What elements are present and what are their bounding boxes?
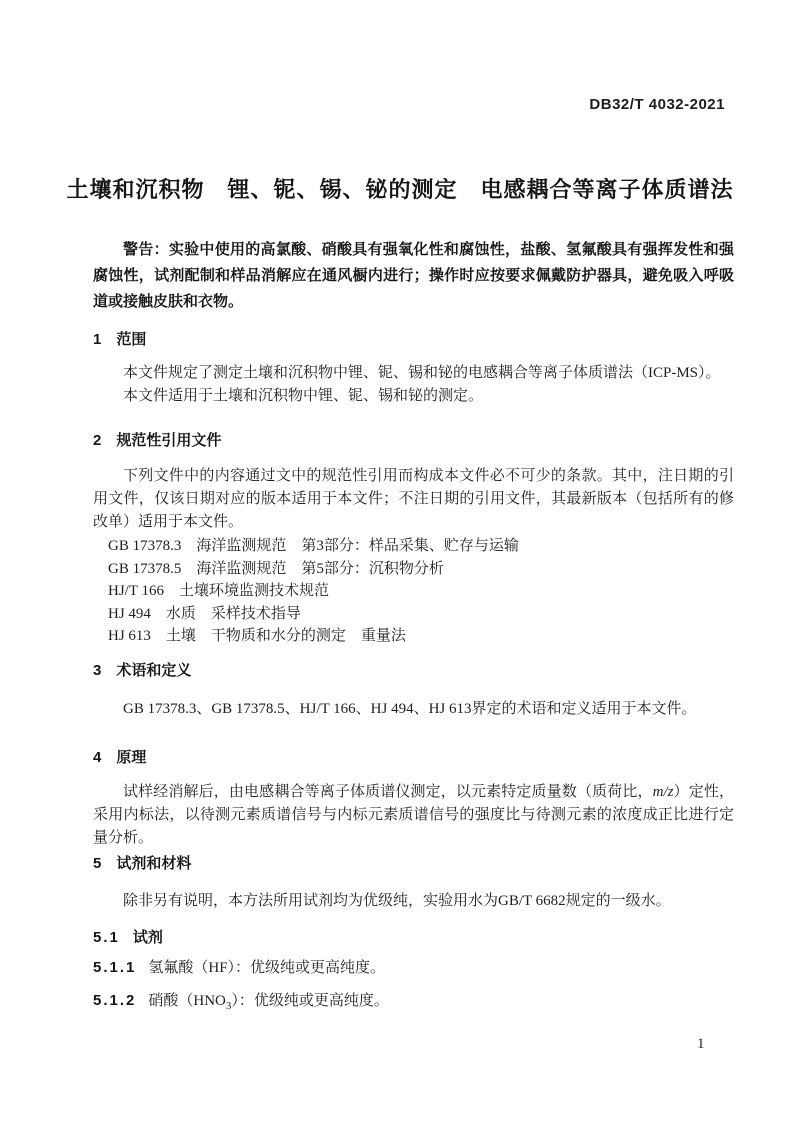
reference-list: GB 17378.3 海洋监测规范 第3部分：样品采集、贮存与运输 GB 173… [108,535,734,648]
section-4-title: 原理 [116,749,146,766]
reference-item: HJ 613 土壤 干物质和水分的测定 重量法 [108,625,734,648]
reference-item: GB 17378.3 海洋监测规范 第3部分：样品采集、贮存与运输 [108,535,734,558]
clause-5-1-2-text-post: ）：优级纯或更高纯度。 [231,993,389,1009]
section-5-number: 5 [93,855,103,872]
warning-paragraph: 警告：实验中使用的高氯酸、硝酸具有强氧化性和腐蚀性，盐酸、氢氟酸具有强挥发性和强… [93,237,734,315]
clause-5-1-2: 5.1.2硝酸（HNO3）：优级纯或更高纯度。 [93,989,389,1010]
terms-paragraph: GB 17378.3、GB 17378.5、HJ/T 166、HJ 494、HJ… [93,698,734,721]
document-title: 土壤和沉积物 锂、铌、锡、铋的测定 电感耦合等离子体质谱法 [0,173,800,204]
document-page: DB32/T 4032-2021 土壤和沉积物 锂、铌、锡、铋的测定 电感耦合等… [0,0,800,1131]
section-1-number: 1 [93,331,103,348]
section-5-title: 试剂和材料 [116,855,191,872]
section-2-number: 2 [93,432,103,449]
scope-paragraph-1: 本文件规定了测定土壤和沉积物中锂、铌、锡和铋的电感耦合等离子体质谱法（ICP-M… [93,362,734,385]
clause-5-1-1: 5.1.1氢氟酸（HF）：优级纯或更高纯度。 [93,956,385,977]
section-5-1-number: 5.1 [93,929,120,946]
section-4-heading: 4原理 [93,746,146,767]
section-2-heading: 2规范性引用文件 [93,429,221,450]
section-3-title: 术语和定义 [116,662,191,679]
clause-5-1-1-number: 5.1.1 [93,959,136,976]
principle-paragraph: 试样经消解后，由电感耦合等离子体质谱仪测定，以元素特定质量数（质荷比，m/z）定… [93,781,734,850]
clause-5-1-2-text: 硝酸（HNO3）：优级纯或更高纯度。 [148,993,389,1009]
section-4-number: 4 [93,749,103,766]
principle-text-pre: 试样经消解后，由电感耦合等离子体质谱仪测定，以元素特定质量数（质荷比， [123,784,653,800]
reference-item: GB 17378.5 海洋监测规范 第5部分：沉积物分析 [108,558,734,581]
reference-item: HJ/T 166 土壤环境监测技术规范 [108,580,734,603]
section-3-heading: 3术语和定义 [93,659,191,680]
reagents-intro-paragraph: 除非另有说明，本方法所用试剂均为优级纯，实验用水为GB/T 6682规定的一级水… [93,890,734,913]
section-3-number: 3 [93,662,103,679]
clause-5-1-2-text-pre: 硝酸（HNO [148,993,226,1009]
section-1-title: 范围 [116,331,146,348]
section-5-1-title: 试剂 [133,929,163,946]
section-1-heading: 1范围 [93,328,146,349]
scope-paragraph-2: 本文件适用于土壤和沉积物中锂、铌、锡和铋的测定。 [93,385,734,408]
clause-5-1-2-number: 5.1.2 [93,992,136,1009]
page-number: 1 [697,1036,705,1053]
normative-references-paragraph: 下列文件中的内容通过文中的规范性引用而构成本文件必不可少的条款。其中，注日期的引… [93,465,734,534]
reference-item: HJ 494 水质 采样技术指导 [108,603,734,626]
section-5-heading: 5试剂和材料 [93,852,191,873]
section-5-1-heading: 5.1试剂 [93,926,163,947]
standard-code: DB32/T 4032-2021 [589,96,725,113]
section-2-title: 规范性引用文件 [116,432,221,449]
mz-variable: m/z [653,784,674,800]
clause-5-1-1-text: 氢氟酸（HF）：优级纯或更高纯度。 [148,960,385,976]
